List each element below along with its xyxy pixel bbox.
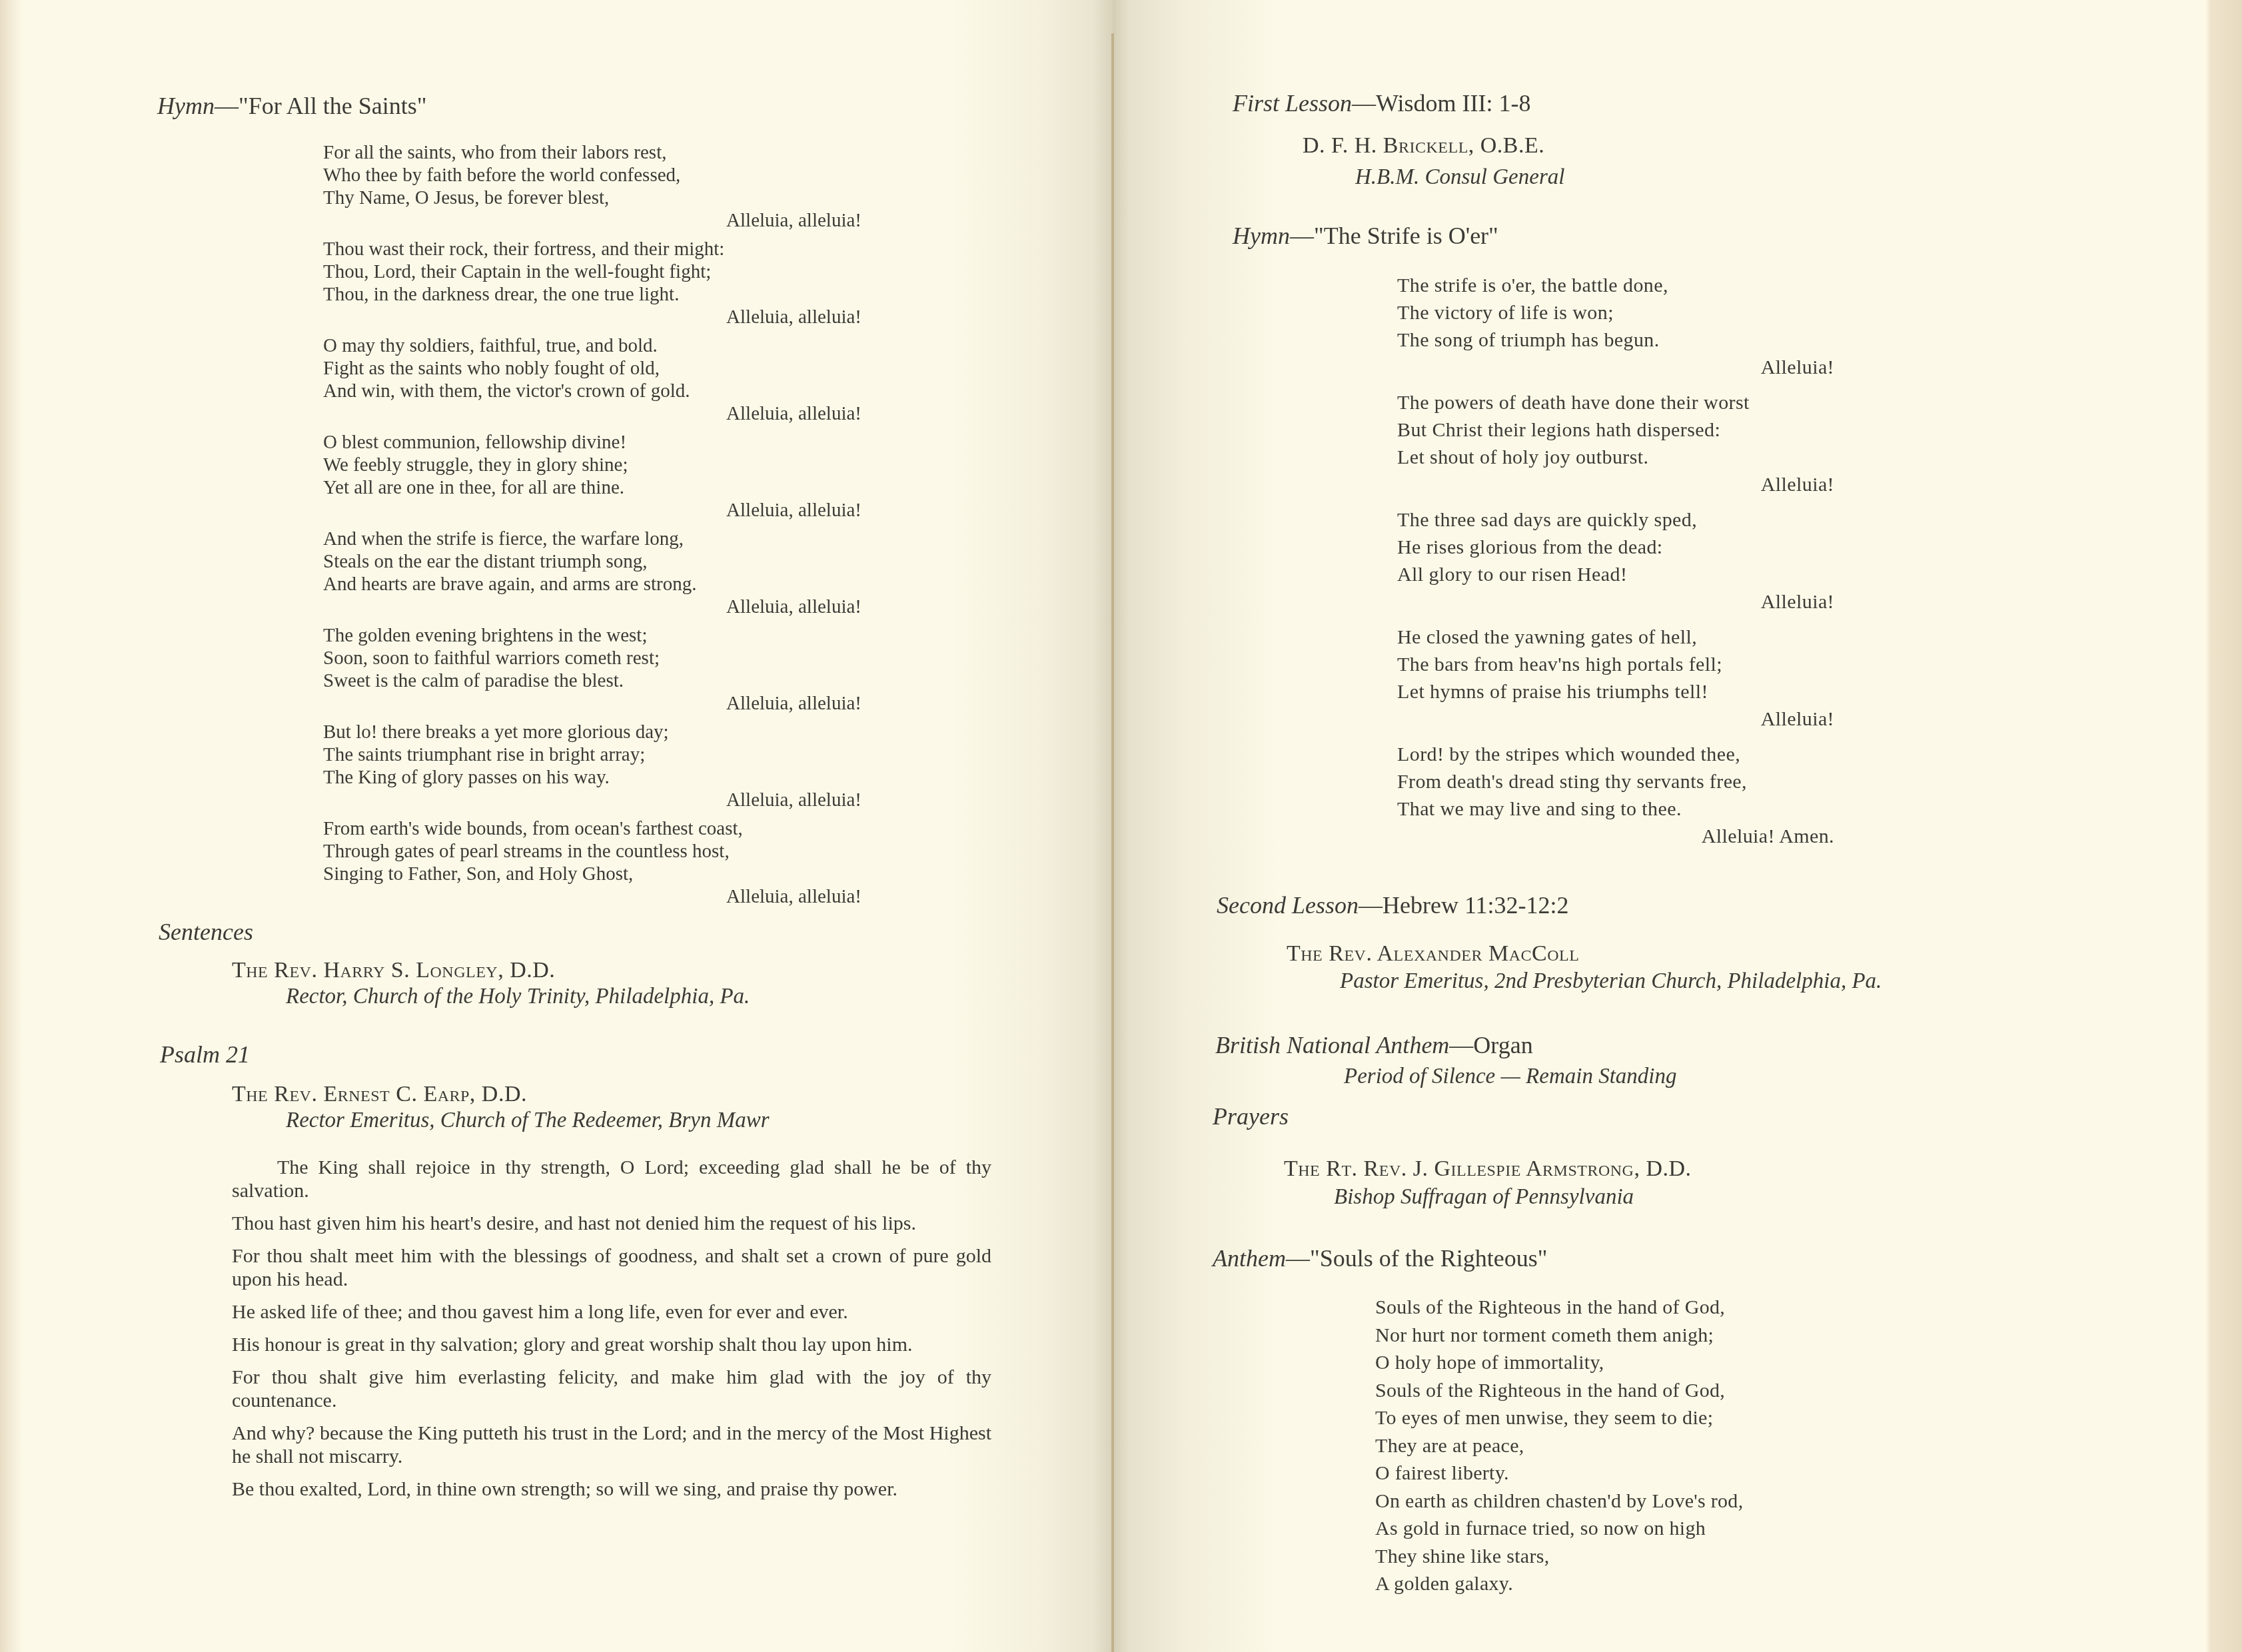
anthem-line: They shine like stars, <box>1375 1543 1743 1571</box>
anthem-line: As gold in furnace tried, so now on high <box>1375 1515 1743 1543</box>
verse-line: From death's dread sting thy servants fr… <box>1397 768 1834 795</box>
verse-line: He closed the yawning gates of hell, <box>1397 623 1834 651</box>
verse-line: And win, with them, the victor's crown o… <box>323 380 861 402</box>
verse-line: The song of triumph has begun. <box>1397 326 1834 354</box>
verse-line: Thou, Lord, their Captain in the well-fo… <box>323 260 861 283</box>
stanza: The three sad days are quickly sped,He r… <box>1397 506 1834 616</box>
hymn-2-heading: Hymn—"The Strife is O'er" <box>1233 222 1498 250</box>
verse-line: The bars from heav'ns high portals fell; <box>1397 651 1834 678</box>
refrain-line: Alleluia! <box>1397 354 1834 381</box>
prayers-heading: Prayers <box>1213 1102 1289 1130</box>
verse-line: Through gates of pearl streams in the co… <box>323 840 861 863</box>
anthem-line: Nor hurt nor torment cometh them anigh; <box>1375 1322 1743 1350</box>
verse-line: O blest communion, fellowship divine! <box>323 431 861 454</box>
sentences-officiant-name: The Rev. Harry S. Longley, D.D. <box>232 958 555 983</box>
verse-line: The powers of death have done their wors… <box>1397 389 1834 416</box>
verse-line: The golden evening brightens in the west… <box>323 624 861 647</box>
anthem-line: O holy hope of immortality, <box>1375 1349 1743 1377</box>
refrain-line: Alleluia! <box>1397 705 1834 733</box>
verse-line: Thou, in the darkness drear, the one tru… <box>323 283 861 306</box>
period-of-silence-note: Period of Silence — Remain Standing <box>1344 1064 1677 1089</box>
refrain-line: Alleluia, alleluia! <box>323 885 861 908</box>
psalm-verse: The King shall rejoice in thy strength, … <box>232 1156 991 1202</box>
refrain-line: Alleluia, alleluia! <box>323 209 861 232</box>
psalm-officiant-title: Rector Emeritus, Church of The Redeemer,… <box>286 1108 770 1133</box>
open-book-spread: Hymn—"For All the Saints" For all the sa… <box>0 0 2242 1652</box>
refrain-line: Alleluia! Amen. <box>1397 823 1834 850</box>
stanza: But lo! there breaks a yet more glorious… <box>323 721 861 811</box>
verse-line: But lo! there breaks a yet more glorious… <box>323 721 861 743</box>
verse-line: Let hymns of praise his triumphs tell! <box>1397 678 1834 705</box>
verse-line: And hearts are brave again, and arms are… <box>323 573 861 596</box>
refrain-line: Alleluia, alleluia! <box>323 789 861 811</box>
hymn-2-label: Hymn <box>1233 222 1290 249</box>
first-lesson-heading: First Lesson—Wisdom III: 1-8 <box>1233 89 1531 117</box>
verse-line: Who thee by faith before the world confe… <box>323 164 861 187</box>
verse-line: Thou wast their rock, their fortress, an… <box>323 238 861 260</box>
hymn-label: Hymn <box>157 93 215 119</box>
refrain-line: Alleluia, alleluia! <box>323 402 861 425</box>
stanza: Lord! by the stripes which wounded thee,… <box>1397 741 1834 850</box>
verse-line: Soon, soon to faithful warriors cometh r… <box>323 647 861 669</box>
verse-line: The saints triumphant rise in bright arr… <box>323 743 861 766</box>
anthem-label: Anthem <box>1213 1245 1286 1272</box>
anthem-line: On earth as children chasten'd by Love's… <box>1375 1487 1743 1515</box>
verse-line: Sweet is the calm of paradise the blest. <box>323 669 861 692</box>
psalm-verse: Be thou exalted, Lord, in thine own stre… <box>232 1477 991 1501</box>
first-lesson-reader-title: H.B.M. Consul General <box>1355 165 1564 190</box>
hymn-for-all-the-saints: For all the saints, who from their labor… <box>323 141 861 914</box>
first-lesson-reference: —Wisdom III: 1-8 <box>1352 90 1531 117</box>
verse-line: We feebly struggle, they in glory shine; <box>323 454 861 476</box>
national-anthem-heading: British National Anthem—Organ <box>1215 1031 1533 1059</box>
hymn-2-title: —"The Strife is O'er" <box>1290 222 1498 249</box>
verse-line: The King of glory passes on his way. <box>323 766 861 789</box>
stanza: The powers of death have done their wors… <box>1397 389 1834 498</box>
verse-line: And when the strife is fierce, the warfa… <box>323 528 861 550</box>
stanza: Thou wast their rock, their fortress, an… <box>323 238 861 328</box>
stanza: O blest communion, fellowship divine!We … <box>323 431 861 522</box>
verse-line: Lord! by the stripes which wounded thee, <box>1397 741 1834 768</box>
verse-line: From earth's wide bounds, from ocean's f… <box>323 817 861 840</box>
psalm-label: Psalm 21 <box>160 1041 250 1068</box>
anthem-souls-of-the-righteous: Souls of the Righteous in the hand of Go… <box>1375 1294 1743 1598</box>
second-lesson-reader-name: The Rev. Alexander MacColl <box>1287 941 1579 967</box>
psalm-verse: He asked life of thee; and thou gavest h… <box>232 1300 991 1324</box>
second-lesson-label: Second Lesson <box>1217 892 1359 919</box>
anthem-line: O fairest liberty. <box>1375 1459 1743 1487</box>
sentences-heading: Sentences <box>159 918 253 946</box>
verse-line: He rises glorious from the dead: <box>1397 534 1834 561</box>
prayers-officiant-name: The Rt. Rev. J. Gillespie Armstrong, D.D… <box>1284 1156 1692 1182</box>
verse-line: That we may live and sing to thee. <box>1397 795 1834 823</box>
stanza: The golden evening brightens in the west… <box>323 624 861 715</box>
verse-line: O may thy soldiers, faithful, true, and … <box>323 334 861 357</box>
stanza: The strife is o'er, the battle done,The … <box>1397 272 1834 381</box>
hymn-the-strife-is-oer: The strife is o'er, the battle done,The … <box>1397 272 1834 858</box>
anthem-line: To eyes of men unwise, they seem to die; <box>1375 1404 1743 1432</box>
stanza: He closed the yawning gates of hell,The … <box>1397 623 1834 733</box>
psalm-verse: Thou hast given him his heart's desire, … <box>232 1212 991 1235</box>
stanza: For all the saints, who from their labor… <box>323 141 861 232</box>
verse-line: The victory of life is won; <box>1397 299 1834 326</box>
psalm-verse: And why? because the King putteth his tr… <box>232 1422 991 1468</box>
verse-line: Yet all are one in thee, for all are thi… <box>323 476 861 499</box>
verse-line: All glory to our risen Head! <box>1397 561 1834 588</box>
prayers-officiant-title: Bishop Suffragan of Pennsylvania <box>1334 1185 1634 1210</box>
verse-line: Singing to Father, Son, and Holy Ghost, <box>323 863 861 885</box>
national-anthem-label: British National Anthem <box>1215 1032 1449 1058</box>
refrain-line: Alleluia! <box>1397 471 1834 498</box>
prayers-label: Prayers <box>1213 1103 1289 1130</box>
psalm-21-text: The King shall rejoice in thy strength, … <box>232 1156 991 1510</box>
hymn-heading: Hymn—"For All the Saints" <box>157 92 426 120</box>
psalm-officiant-name: The Rev. Ernest C. Earp, D.D. <box>232 1082 527 1107</box>
verse-line: Thy Name, O Jesus, be forever blest, <box>323 187 861 209</box>
second-lesson-heading: Second Lesson—Hebrew 11:32-12:2 <box>1217 891 1569 919</box>
sentences-label: Sentences <box>159 919 253 945</box>
psalm-heading: Psalm 21 <box>160 1040 250 1068</box>
right-page: First Lesson—Wisdom III: 1-8 D. F. H. Br… <box>1113 0 2242 1652</box>
book-gutter <box>1111 33 1114 1652</box>
verse-line: Steals on the ear the distant triumph so… <box>323 550 861 573</box>
anthem-line: Souls of the Righteous in the hand of Go… <box>1375 1294 1743 1322</box>
verse-line: The three sad days are quickly sped, <box>1397 506 1834 534</box>
psalm-verse: His honour is great in thy salvation; gl… <box>232 1333 991 1356</box>
anthem-line: Souls of the Righteous in the hand of Go… <box>1375 1377 1743 1405</box>
anthem-line: A golden galaxy. <box>1375 1570 1743 1598</box>
first-lesson-label: First Lesson <box>1233 90 1352 117</box>
first-lesson-reader-name: D. F. H. Brickell, O.B.E. <box>1303 133 1544 159</box>
verse-line: Let shout of holy joy outburst. <box>1397 444 1834 471</box>
verse-line: But Christ their legions hath dispersed: <box>1397 416 1834 444</box>
stanza: From earth's wide bounds, from ocean's f… <box>323 817 861 908</box>
stanza: And when the strife is fierce, the warfa… <box>323 528 861 618</box>
refrain-line: Alleluia! <box>1397 588 1834 616</box>
second-lesson-reader-title: Pastor Emeritus, 2nd Presbyterian Church… <box>1340 969 1882 994</box>
stanza: O may thy soldiers, faithful, true, and … <box>323 334 861 425</box>
hymn-title: —"For All the Saints" <box>215 93 426 119</box>
left-page: Hymn—"For All the Saints" For all the sa… <box>0 0 1113 1652</box>
refrain-line: Alleluia, alleluia! <box>323 499 861 522</box>
refrain-line: Alleluia, alleluia! <box>323 596 861 618</box>
refrain-line: Alleluia, alleluia! <box>323 692 861 715</box>
refrain-line: Alleluia, alleluia! <box>323 306 861 328</box>
anthem-heading: Anthem—"Souls of the Righteous" <box>1213 1244 1547 1272</box>
anthem-line: They are at peace, <box>1375 1432 1743 1460</box>
psalm-verse: For thou shalt give him everlasting feli… <box>232 1366 991 1412</box>
sentences-officiant-title: Rector, Church of the Holy Trinity, Phil… <box>286 985 750 1009</box>
second-lesson-reference: —Hebrew 11:32-12:2 <box>1359 892 1569 919</box>
anthem-title: —"Souls of the Righteous" <box>1286 1245 1547 1272</box>
verse-line: For all the saints, who from their labor… <box>323 141 861 164</box>
verse-line: Fight as the saints who nobly fought of … <box>323 357 861 380</box>
national-anthem-suffix: —Organ <box>1449 1032 1532 1058</box>
psalm-verse: For thou shalt meet him with the blessin… <box>232 1244 991 1291</box>
verse-line: The strife is o'er, the battle done, <box>1397 272 1834 299</box>
